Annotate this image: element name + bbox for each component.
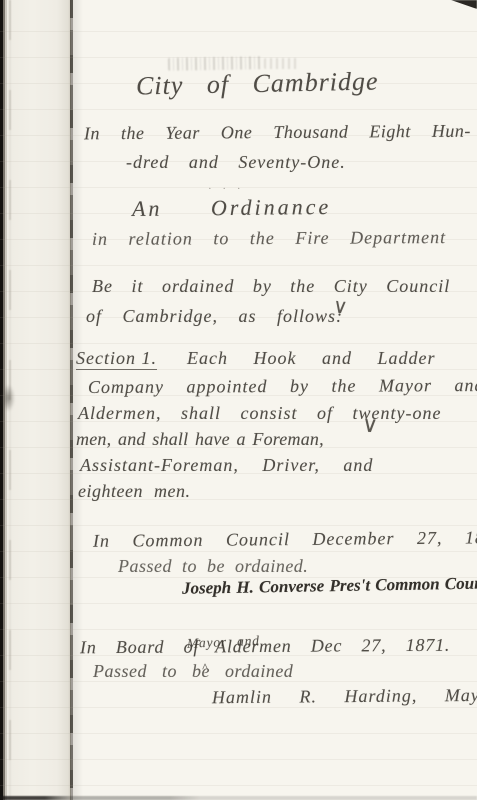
stray-ink-dots: · · · [208,183,245,195]
enactment-line-1: Be it ordained by the City Council [92,277,450,297]
section-1-line-4: men, and shall have a Foreman, [76,430,324,450]
ordinance-subject: in relation to the Fire Department [92,228,446,250]
inserted-text-mayor-and: Mayor and [187,634,260,652]
section-1-text: Each Hook and Ladder [187,348,435,368]
year-line-2: -dred and Seventy-One. [126,153,346,173]
document-title: City of Cambridge [136,67,379,101]
year-line-1: In the Year One Thousand Eight Hun- [84,122,471,144]
binding-shadow [73,0,83,800]
section-1-line-2: Company appointed by the Mayor and [88,376,477,398]
board-passed-line: Passed to be ordained [93,662,293,682]
scan-bottom-edge [0,796,477,800]
scanned-manuscript-page: · · · City of Cambridge In the Year One … [0,0,477,800]
section-1-line-5: Assistant-Foreman, Driver, and [80,456,373,476]
mayor-signature: Hamlin R. Harding, Mayor [212,686,477,708]
proofing-check-mark-2: ∨ [361,412,379,437]
section-1-line-3: Aldermen, shall consist of twenty-one [78,404,441,424]
common-council-date-line: In Common Council December 27, 1871 [93,528,477,551]
section-1-label: Section 1. [76,348,157,370]
ink-smudge [1,384,15,412]
common-council-president-signature: Joseph H. Converse Pres't Common Council [182,574,477,598]
board-line-pre: In Board of [80,636,199,657]
ordinance-heading: An Ordinance [132,195,331,221]
section-1-line-6: eighteen men. [78,482,190,502]
board-of-aldermen-date-line: In Board of^Mayor andAldermen Dec 27, 18… [80,636,450,658]
common-council-passed-line: Passed to be ordained. [118,557,308,577]
scan-corner-artifact [451,0,477,9]
section-1-opening-line: Section 1.Each Hook and Ladder [76,349,435,369]
enactment-line-2: of Cambridge, as follows: [86,307,343,327]
proofing-check-mark: ∨ [332,295,349,318]
